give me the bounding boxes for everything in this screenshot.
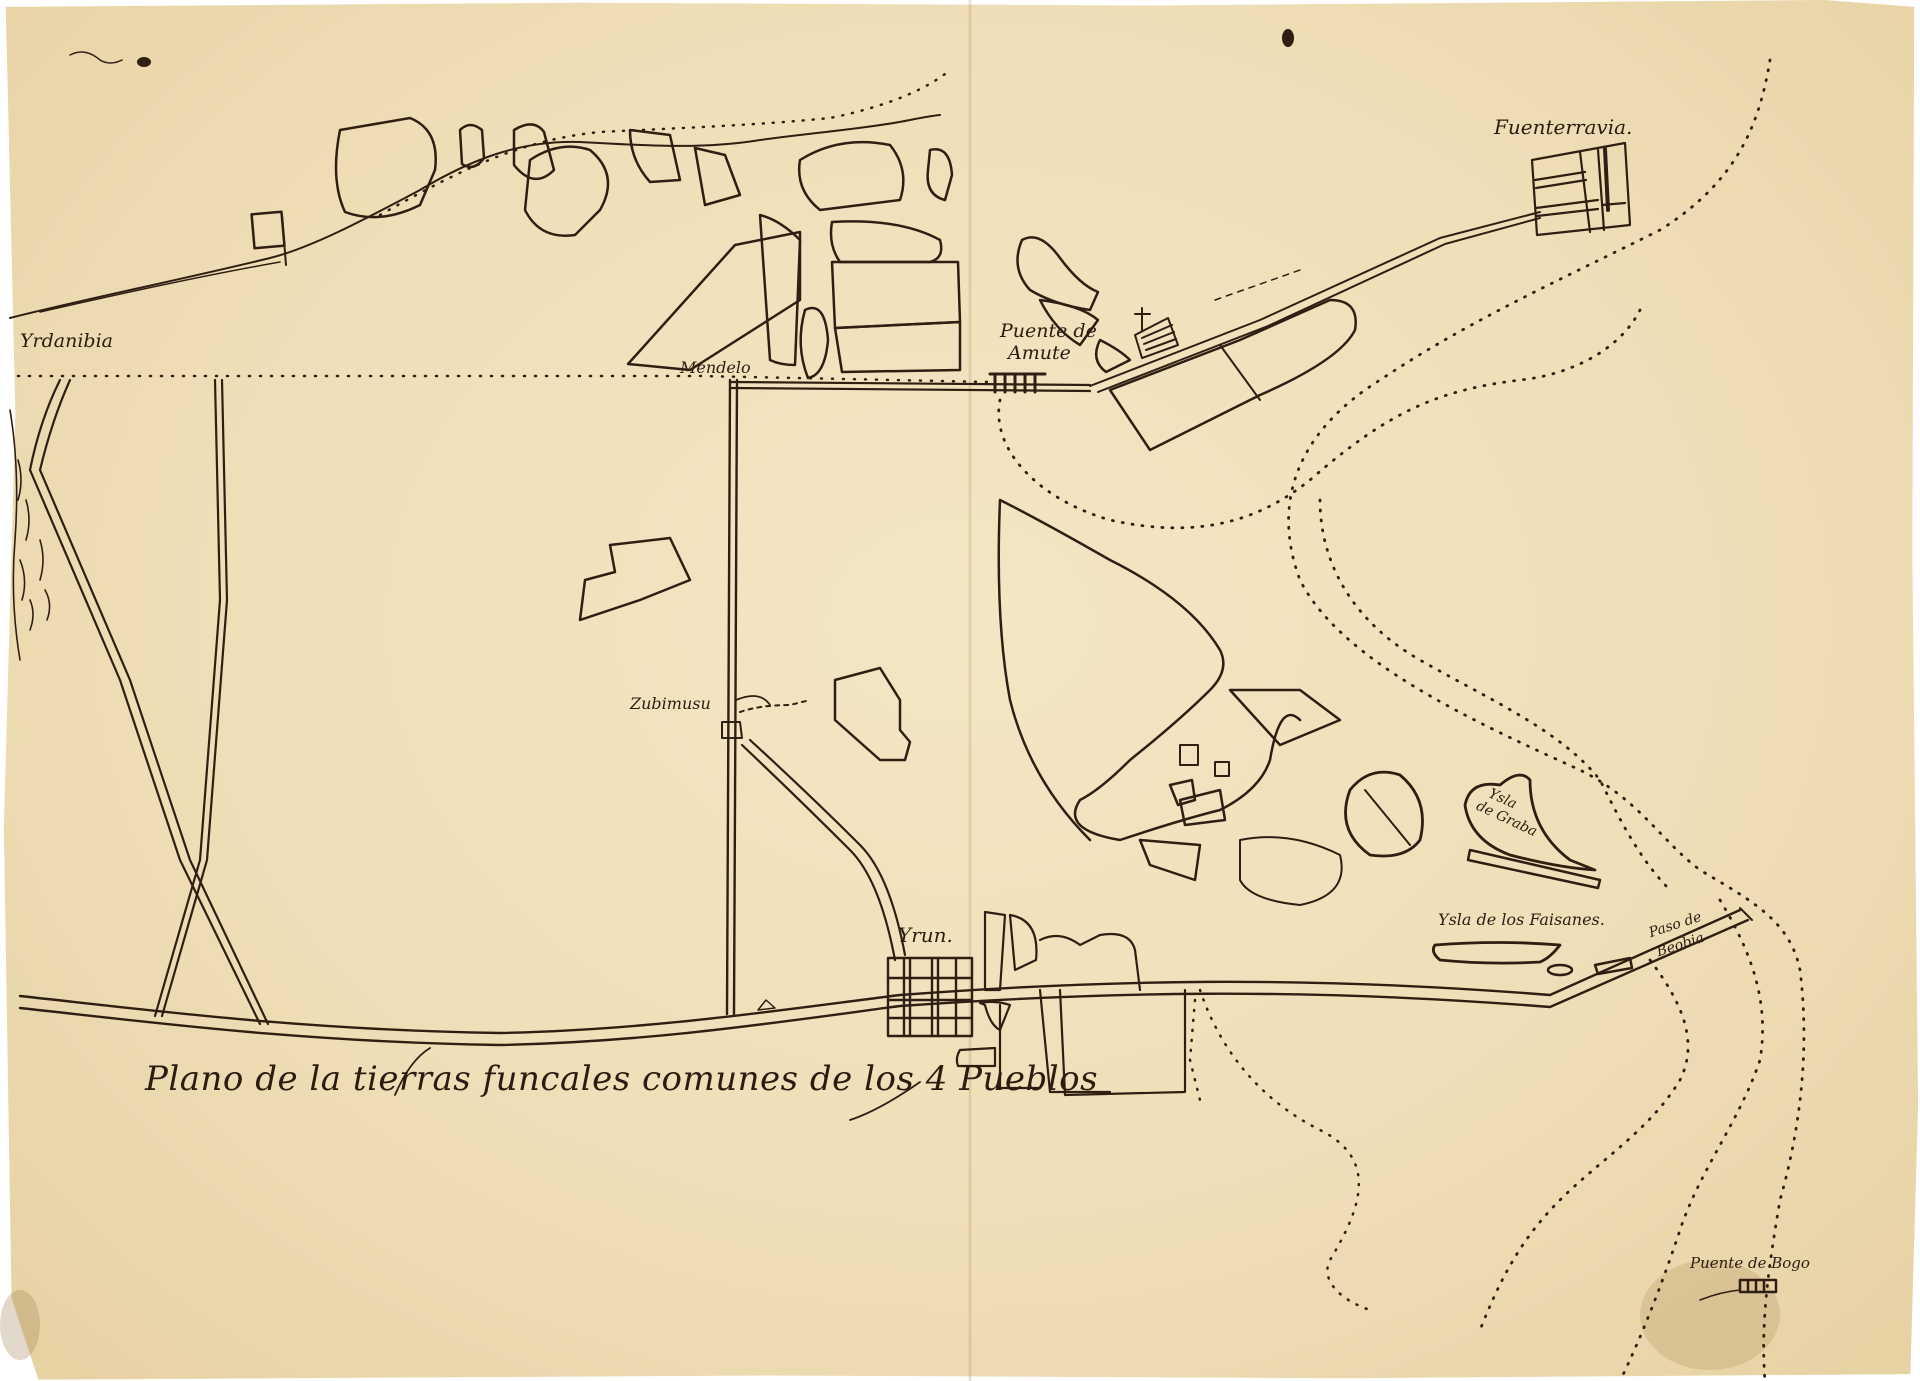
road-mendelo-zubimusu — [727, 380, 730, 1014]
town-fuenterrabia-icon — [1532, 143, 1630, 235]
field-east — [1110, 300, 1356, 450]
label-zubimusu: Zubimusu — [630, 696, 711, 712]
label-puente-amute-1: Puente de — [1000, 322, 1097, 341]
hut — [252, 212, 285, 248]
ink-blots — [70, 29, 1294, 67]
label-mendelo: Mendelo — [680, 360, 751, 376]
field-west-1 — [580, 538, 690, 620]
map-drawing — [0, 0, 1920, 1381]
label-irun: Yrun. — [898, 925, 953, 945]
label-isla-faisanes: Ysla de los Faisanes. — [1438, 912, 1605, 928]
dotted-boundary — [18, 376, 990, 382]
town-irun-icon — [888, 958, 972, 1036]
bridge-bogo-icon — [1700, 1280, 1776, 1300]
river-bidasoa — [999, 60, 1804, 1381]
coast-road-2 — [40, 262, 280, 312]
label-irandibia: Yrdanibia — [20, 332, 113, 351]
label-puente-bogo: Puente de Bogo — [1690, 1256, 1810, 1271]
label-fuenterrabia: Fuenterravia. — [1494, 117, 1632, 137]
road-fuenterrabia — [1090, 212, 1540, 386]
field-large-central — [999, 500, 1300, 840]
church-cross-icon — [1135, 308, 1178, 358]
map-title: Plano de la tierras funcales comunes de … — [145, 1062, 1098, 1096]
woods-west — [10, 410, 50, 660]
road-zubimusu-irun — [742, 745, 895, 960]
river-bank-left — [1200, 990, 1370, 1310]
island-faisanes — [1433, 943, 1560, 964]
label-puente-amute-2: Amute — [1008, 344, 1071, 363]
field-west-2 — [835, 668, 910, 760]
